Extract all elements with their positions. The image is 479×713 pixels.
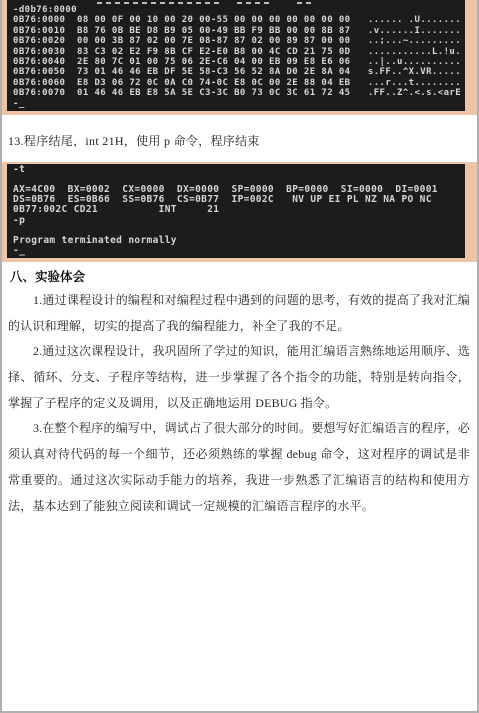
hex-dump-row: 0B76:0030 83 C3 02 E2 F9 8B CF E2-E0 B8 … [13,47,465,57]
terminal-trace-output: -t AX=4C00 BX=0002 CX=0000 DX=0000 SP=00… [7,164,465,258]
debug-dump-screenshot: -d0b76:0000 0B76:0000 08 00 0F 00 10 00 … [2,0,477,115]
experience-paragraph-3: 3.在整个程序的编写中，调试占了很大部分的时间。要想写好汇编语言的程序，必须认真… [8,416,470,519]
terminal-memory-dump: -d0b76:0000 0B76:0000 08 00 0F 00 10 00 … [7,0,465,111]
hex-dump-row: 0B76:0060 E8 D3 06 72 0C 0A C0 74-0C E8 … [13,78,465,88]
debug-prompt-line: -_ [13,99,465,109]
hex-dump-row: 0B76:0000 08 00 0F 00 10 00 20 00-55 00 … [13,15,465,25]
disassembly-line: 0B77:002C CD21 INT 21 [13,205,465,215]
hex-dump-row: 0B76:0010 B8 76 0B BE D8 B9 05 00-49 BB … [13,26,465,36]
experience-paragraph-2: 2.通过这次课程设计，我巩固所了学过的知识，能用汇编语言熟练地运用顺序、选择、循… [8,339,470,416]
text-cursor: _ [19,99,25,109]
clipped-line-remnant [13,1,465,4]
debug-dump-command: -d0b76:0000 [13,5,465,15]
experience-section: 八、实验体会 1.通过课程设计的编程和对编程过程中遇到的问题的思考，有效的提高了… [8,267,470,519]
proceed-command: -p [13,216,465,226]
step-13-caption: 13.程序结尾，int 21H，使用 p 命令，程序结束 [8,132,469,149]
text-cursor: _ [19,246,25,256]
hex-dump-row: 0B76:0050 73 01 46 46 EB DF 5E 58-C3 56 … [13,67,465,77]
termination-message: Program terminated normally [13,236,465,246]
debug-trace-screenshot: -t AX=4C00 BX=0002 CX=0000 DX=0000 SP=00… [2,162,477,262]
debug-prompt-line: -_ [13,246,465,256]
hex-dump-row: 0B76:0040 2E 80 7C 01 00 75 06 2E-C6 04 … [13,57,465,67]
hex-dump-row: 0B76:0020 00 00 3B 87 02 00 7E 08-87 87 … [13,36,465,46]
section-heading: 八、实验体会 [10,267,470,285]
hex-dump-row: 0B76:0070 01 46 46 EB E8 5A 5E C3-3C B0 … [13,88,465,98]
document-page: -d0b76:0000 0B76:0000 08 00 0F 00 10 00 … [0,0,479,713]
experience-paragraph-1: 1.通过课程设计的编程和对编程过程中遇到的问题的思考，有效的提高了我对汇编的认识… [8,288,470,339]
trace-command: -t [13,165,465,175]
